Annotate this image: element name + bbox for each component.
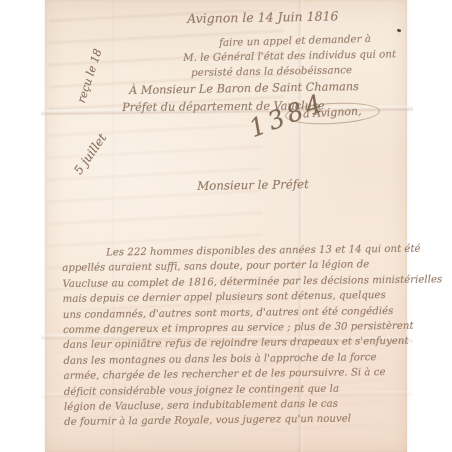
docket-line: faire un appel et demander à: [219, 33, 371, 49]
body-line: de fournir à la garde Royale, vous juger…: [64, 411, 402, 431]
registry-number: 1384: [245, 87, 330, 143]
answered-date-note: 5 juillet: [71, 131, 109, 177]
salutation: Monsieur le Préfet: [197, 177, 309, 193]
address-line: À Monsieur Le Baron de Saint Chamans: [129, 80, 359, 97]
received-date-note: reçu le 18: [75, 47, 105, 104]
ink-speck: [397, 28, 402, 33]
place-date-line: Avignon le 14 Juin 1816: [187, 8, 339, 26]
letter-body: Les 222 hommes disponibles des années 13…: [62, 242, 402, 431]
letter-photo: reçu le 18 5 juillet Avignon le 14 Juin …: [0, 0, 452, 452]
docket-line: M. le Général l'état des individus qui o…: [183, 48, 396, 64]
docket-line: persisté dans la désobéissance: [191, 64, 352, 79]
letter-paper: reçu le 18 5 juillet Avignon le 14 Juin …: [45, 0, 407, 452]
